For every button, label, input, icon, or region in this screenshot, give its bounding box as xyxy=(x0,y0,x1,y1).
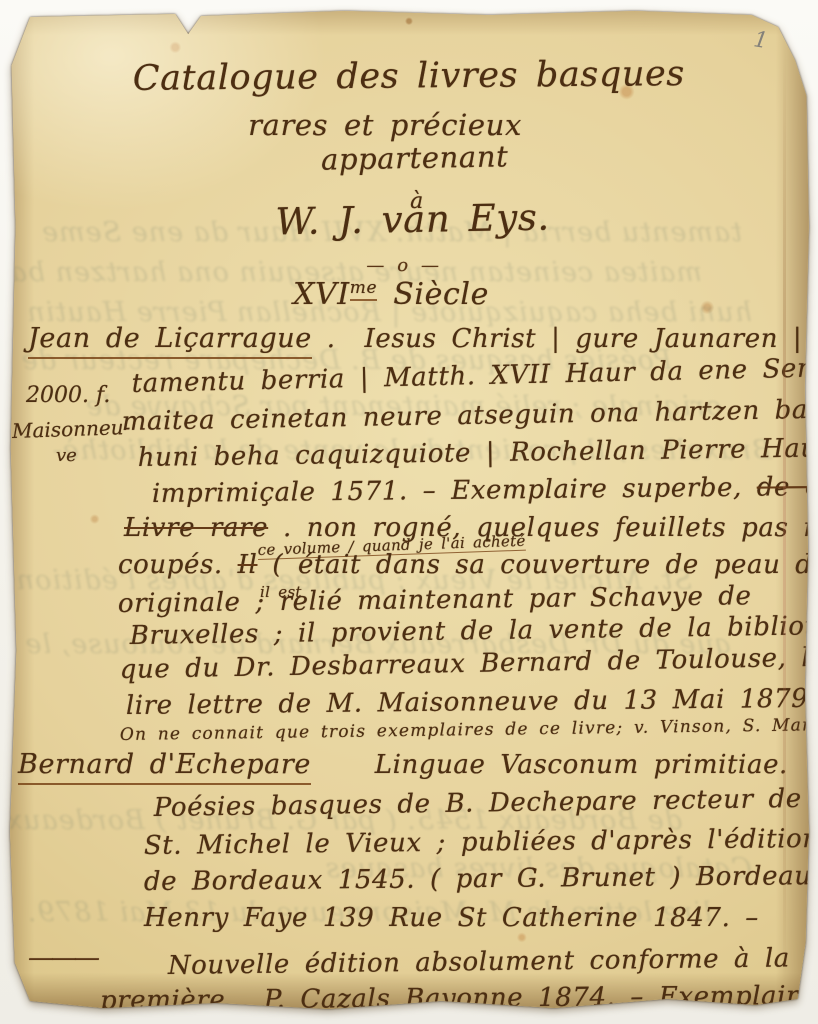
entry2-line-1: Bernard d'Echepare Linguae Vasconum prim… xyxy=(18,751,788,778)
manuscript-page: tamentu berria | Matth. XVII Haur da ene… xyxy=(6,5,812,1013)
entry1-line-7: coupés. Il ( était dans sa couverture de… xyxy=(118,552,818,578)
margin-note-price: 2000. f. xyxy=(26,383,110,408)
title-divider: — o — xyxy=(0,257,806,275)
manuscript-page-wrap: tamentu berria | Matth. XVII Haur da ene… xyxy=(6,5,812,1013)
entry1-line-8: originale ; relié maintenant par Schavye… xyxy=(118,583,752,617)
century-suffix: me xyxy=(350,278,377,301)
entry1-name-sep: . xyxy=(327,324,336,354)
entry1-line-1: Jean de Liçarrague . Iesus Christ | gure… xyxy=(28,325,818,352)
century-word: Siècle xyxy=(393,277,489,312)
entry2-line-7: première . P. Cazals Bayonne 1874. – Exe… xyxy=(100,983,815,1014)
entry2-title: Linguae Vasconum primitiae. xyxy=(375,750,788,780)
margin-note-buyer-2: ve xyxy=(56,445,77,466)
entry1-name: Jean de Liçarrague xyxy=(28,323,312,359)
entry1-line7-text-b: ( était dans sa couverture de peau de vé… xyxy=(257,550,818,580)
section-heading: XVIme Siècle xyxy=(0,280,794,310)
entry1-line-11: lire lettre de M. Maisonneuve du 13 Mai … xyxy=(126,686,818,719)
entry2-line-3: St. Michel le Vieux ; publiées d'après l… xyxy=(144,826,818,859)
entry2-line-5: Henry Faye 139 Rue St Catherine 1847. – xyxy=(144,905,759,931)
entry1-line6-struck: Livre rare xyxy=(124,513,268,543)
century-roman: XVI xyxy=(293,277,350,312)
entry1-line-5: imprimiçale 1571. – Exemplaire superbe, … xyxy=(152,474,818,507)
title-line-2: rares et précieux xyxy=(0,111,788,140)
entry2-line-4: de Bordeaux 1545. ( par G. Brunet ) Bord… xyxy=(144,863,818,895)
entry1-line5-text: imprimiçale 1571. – Exemplaire superbe, xyxy=(152,473,757,509)
entry1-line1-rest: Iesus Christ | gure Jaunaren | tes xyxy=(365,324,818,354)
title-line-1: Catalogue des livres basques xyxy=(6,56,812,98)
entry1-line7-text-a: coupés. xyxy=(118,550,238,580)
entry1-line5-struck: de ce xyxy=(757,472,818,503)
entry1-line7-struck: Il xyxy=(238,550,258,580)
entry2-line-6: Nouvelle édition absolument conforme à l… xyxy=(168,945,790,979)
margin-dash: ——— xyxy=(28,943,97,973)
margin-note-buyer-1: Maisonneu- xyxy=(12,415,131,443)
entry2-name: Bernard d'Echepare xyxy=(18,749,311,785)
